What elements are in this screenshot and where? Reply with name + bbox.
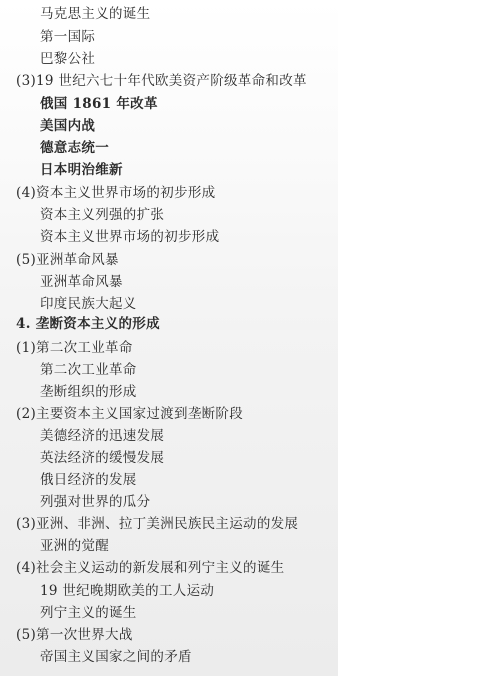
outline-subsection: (3)亚洲、非洲、拉丁美洲民族民主运动的发展 xyxy=(16,516,298,532)
outline-item: 俄日经济的发展 xyxy=(40,472,137,488)
section-title: 垄断资本主义的形成 xyxy=(36,316,160,332)
subsection-title: 19 世纪六七十年代欧美资产阶级革命和改革 xyxy=(36,73,307,89)
outline-item: 垄断组织的形成 xyxy=(40,384,137,400)
outline-item: 亚洲革命风暴 xyxy=(40,274,123,290)
outline-item: 第二次工业革命 xyxy=(40,362,137,378)
subsection-number: (2) xyxy=(16,406,36,422)
outline-subsection: (1)第二次工业革命 xyxy=(16,340,133,356)
outline-item: 资本主义世界市场的初步形成 xyxy=(40,229,219,245)
outline-section-heading: 4. 垄断资本主义的形成 xyxy=(16,316,160,332)
outline-subsection: (5)亚洲革命风暴 xyxy=(16,252,119,268)
outline-subsection: (4)社会主义运动的新发展和列宁主义的诞生 xyxy=(16,560,284,576)
outline-subsection: (3)19 世纪六七十年代欧美资产阶级革命和改革 xyxy=(16,73,307,89)
outline-subsection: (5)第一次世界大战 xyxy=(16,627,133,643)
outline-item: 美德经济的迅速发展 xyxy=(40,428,164,444)
subsection-title: 亚洲革命风暴 xyxy=(36,252,119,268)
subsection-number: (5) xyxy=(16,627,36,643)
section-number: 4. xyxy=(16,316,31,332)
outline-item: 俄国 1861 年改革 xyxy=(40,96,158,112)
outline-subsection: (4)资本主义世界市场的初步形成 xyxy=(16,185,215,201)
subsection-title: 第一次世界大战 xyxy=(36,627,133,643)
subsection-number: (5) xyxy=(16,252,36,268)
outline-item: 日本明治维新 xyxy=(40,162,123,178)
subsection-number: (4) xyxy=(16,560,36,576)
outline-item: 亚洲的觉醒 xyxy=(40,538,109,554)
outline-page: 马克思主义的诞生 第一国际 巴黎公社 (3)19 世纪六七十年代欧美资产阶级革命… xyxy=(0,0,338,676)
subsection-title: 亚洲、非洲、拉丁美洲民族民主运动的发展 xyxy=(36,516,298,532)
outline-item: 马克思主义的诞生 xyxy=(40,6,150,22)
outline-item: 资本主义列强的扩张 xyxy=(40,207,164,223)
subsection-title: 第二次工业革命 xyxy=(36,340,133,356)
outline-item: 帝国主义国家之间的矛盾 xyxy=(40,649,192,665)
subsection-title: 资本主义世界市场的初步形成 xyxy=(36,185,215,201)
subsection-title: 社会主义运动的新发展和列宁主义的诞生 xyxy=(36,560,284,576)
outline-item: 印度民族大起义 xyxy=(40,296,137,312)
outline-item: 德意志统一 xyxy=(40,140,109,156)
outline-item: 巴黎公社 xyxy=(40,51,95,67)
outline-item: 英法经济的缓慢发展 xyxy=(40,450,164,466)
outline-item: 第一国际 xyxy=(40,29,95,45)
outline-item: 列强对世界的瓜分 xyxy=(40,494,150,510)
outline-item: 19 世纪晚期欧美的工人运动 xyxy=(40,583,214,599)
subsection-number: (1) xyxy=(16,340,36,356)
outline-subsection: (2)主要资本主义国家过渡到垄断阶段 xyxy=(16,406,243,422)
subsection-number: (4) xyxy=(16,185,36,201)
outline-item: 美国内战 xyxy=(40,118,95,134)
subsection-number: (3) xyxy=(16,73,36,89)
blank-margin xyxy=(338,0,500,676)
outline-item: 列宁主义的诞生 xyxy=(40,605,137,621)
subsection-number: (3) xyxy=(16,516,36,532)
subsection-title: 主要资本主义国家过渡到垄断阶段 xyxy=(36,406,243,422)
